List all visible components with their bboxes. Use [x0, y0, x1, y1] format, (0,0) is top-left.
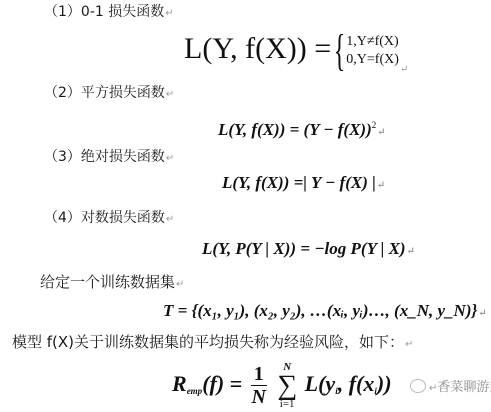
section-heading-absolute-loss: （3）绝对损失函数↵ — [44, 148, 174, 168]
left-brace: { — [334, 29, 346, 73]
loss-term: L(y — [305, 371, 336, 396]
formula-text: L(Y, P(Y | X)) = −log P(Y | X) — [202, 239, 406, 258]
section-heading-squared-loss: （2）平方损失函数↵ — [44, 84, 174, 104]
formula-zero-one-loss: L(Y, f(X)) ={ 1,Y≠f(X) 0,Y=f(X) ↵ — [184, 24, 408, 95]
formula-text: T = {(x₁, y₁), (x₂, y₂), …(xᵢ, yᵢ)…, (x_… — [163, 301, 477, 320]
section-label: （3）绝对损失函数 — [44, 149, 165, 165]
formula-text: L(Y, f(X)) = (Y − f(X)) — [218, 120, 372, 139]
paragraph-risk-intro: 模型 f(X)关于训练数据集的平均损失称为经验风险，如下：↵ — [12, 333, 413, 354]
paragraph-dataset-intro: 给定一个训练数据集↵ — [40, 273, 184, 294]
case-2: 0,Y=f(X) — [346, 51, 399, 69]
sum-lower-limit: i=1 — [277, 399, 297, 410]
cases-block: 1,Y≠f(X) 0,Y=f(X) — [346, 33, 399, 69]
paragraph-mark-icon: ↵ — [166, 89, 174, 100]
paragraph-mark-icon: ↵ — [166, 214, 174, 225]
fraction-numerator: 1 — [251, 363, 267, 386]
section-label: （4）对数损失函数 — [44, 210, 165, 226]
paragraph-mark-icon: ↵ — [377, 127, 385, 138]
fraction: 1 N — [251, 363, 267, 408]
formula-absolute-loss: L(Y, f(X)) =| Y − f(X) |↵ — [222, 172, 385, 197]
fraction-denominator: N — [251, 386, 267, 408]
formula-training-set: T = {(x₁, y₁), (x₂, y₂), …(xᵢ, yᵢ)…, (x_… — [163, 300, 487, 325]
paragraph-mark-icon: ↵ — [165, 8, 173, 19]
formula-squared-loss: L(Y, f(X)) = (Y − f(X))2↵ — [218, 114, 386, 144]
risk-argument: (f) = — [202, 371, 242, 396]
risk-symbol: R — [172, 371, 187, 396]
paragraph-mark-icon: ↵ — [478, 308, 486, 319]
exponent: 2 — [372, 120, 377, 130]
paragraph-mark-icon: ↵ — [400, 64, 408, 75]
section-label: （2）平方损失函数 — [44, 85, 165, 101]
paragraph-mark-icon: ↵ — [166, 153, 174, 164]
paragraph-mark-icon: ↵ — [407, 246, 415, 257]
paragraph-text: 给定一个训练数据集 — [40, 273, 175, 291]
loss-term-mid: , f(x — [338, 371, 375, 396]
section-label: （1）0-1 损失函数 — [44, 4, 164, 20]
case-1: 1,Y≠f(X) — [346, 33, 399, 51]
paragraph-mark-icon: ↵ — [377, 180, 385, 191]
formula-lhs: L(Y, f(X)) = — [184, 32, 331, 65]
section-heading-log-loss: （4）对数损失函数↵ — [44, 209, 174, 229]
risk-subscript: emp — [187, 386, 203, 396]
paragraph-mark-icon: ↵ — [176, 279, 184, 290]
formula-empirical-risk: Remp(f) = 1 N N ∑ i=1 L(yi, f(xi)) — [172, 356, 392, 412]
formula-log-loss: L(Y, P(Y | X)) = −log P(Y | X)↵ — [202, 238, 415, 263]
section-heading-zero-one-loss: （1）0-1 损失函数↵ — [44, 3, 174, 23]
wechat-logo-icon — [410, 379, 426, 393]
sigma-symbol: ∑ — [277, 373, 297, 399]
paragraph-text: 模型 f(X)关于训练数据集的平均损失称为经验风险，如下： — [12, 333, 404, 351]
watermark: ↵香菜聊游戏 — [410, 376, 491, 395]
loss-term-close: )) — [377, 371, 392, 396]
watermark-text: 香菜聊游戏 — [437, 380, 491, 395]
formula-text: L(Y, f(X)) =| Y − f(X) | — [222, 173, 376, 192]
paragraph-mark-icon: ↵ — [405, 339, 413, 350]
summation: N ∑ i=1 — [277, 362, 297, 410]
